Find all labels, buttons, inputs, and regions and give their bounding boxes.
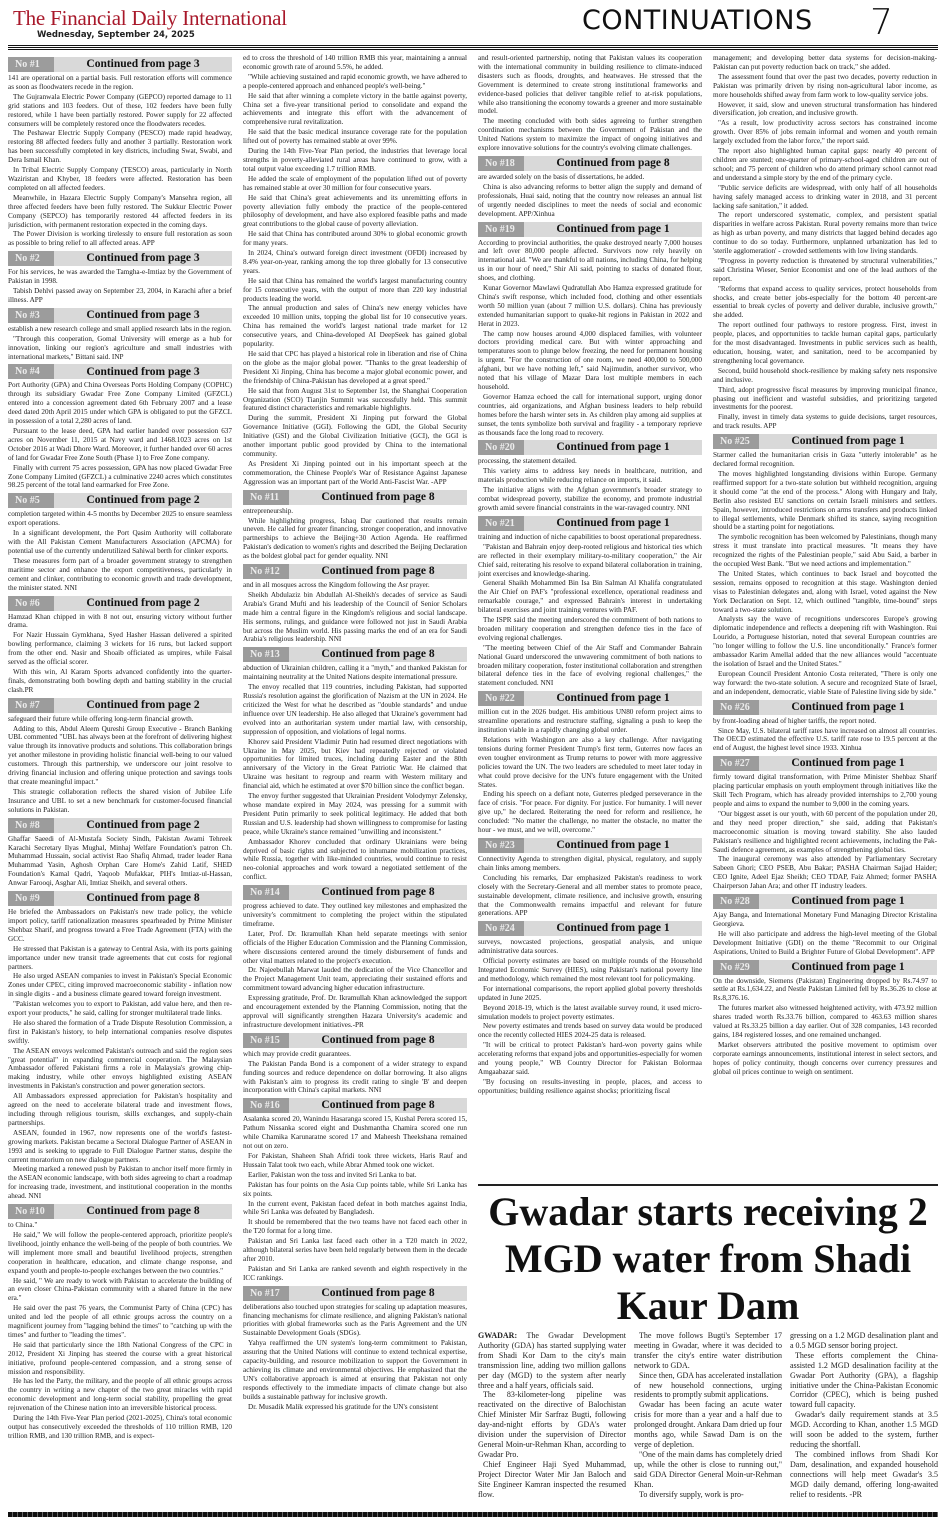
article-paragraph: completion targeted within 4-5 months by…: [8, 510, 232, 528]
feature-headline: Gwadar starts receiving 2 MGD water from…: [478, 1188, 938, 1329]
continued-from-label: Continued from page 1: [759, 703, 937, 712]
article-paragraph: He said," We will follow the people-cent…: [8, 1231, 232, 1276]
continuation-header: No #27Continued from page 1: [713, 756, 937, 771]
article-paragraph: The meeting concluded with both sides ag…: [478, 117, 702, 153]
continuation-number: No #24: [478, 921, 524, 936]
continued-from-label: Continued from page 1: [524, 841, 702, 850]
continuation-number: No #17: [243, 1286, 289, 1301]
article-paragraph: by front-loading ahead of higher tariffs…: [713, 717, 937, 726]
continued-from-label: Continued from page 8: [289, 567, 467, 576]
article-paragraph: ASEAN, founded in 1967, now represents o…: [8, 1129, 232, 1165]
continuation-number: No #8: [8, 818, 54, 833]
article-paragraph: While highlighting progress, Ishaq Dar c…: [243, 517, 467, 562]
feature-rule: [478, 1184, 938, 1186]
article-paragraph: He also urged ASEAN companies to invest …: [8, 972, 232, 999]
article-paragraph: The futures market also witnessed height…: [713, 1004, 937, 1040]
continuation-header: No #22Continued from page 1: [478, 691, 702, 706]
article-paragraph: Starmer called the humanitarian crisis i…: [713, 451, 937, 469]
article-paragraph: During the 14th Five-Year Plan period, t…: [243, 147, 467, 174]
article-paragraph: He said that China has contributed aroun…: [243, 230, 467, 248]
continuation-number: No #1: [8, 57, 54, 72]
article-paragraph: "Reforms that expand access to quality s…: [713, 285, 937, 321]
article-paragraph: It should be remembered that the two tea…: [243, 1218, 467, 1236]
article-paragraph: firmly toward digital transformation, wi…: [713, 773, 937, 809]
continuation-header: No #11Continued from page 8: [243, 490, 467, 505]
article-paragraph: ed to cross the threshold of 140 trillio…: [243, 54, 467, 72]
article-paragraph: Ending his speech on a defiant note, Gut…: [478, 790, 702, 835]
article-paragraph: He added the scale of employment of the …: [243, 175, 467, 193]
continuation-number: No #11: [243, 490, 289, 505]
continued-from-label: Continued from page 8: [289, 1036, 467, 1045]
article-paragraph: Finally with current 75 acres possession…: [8, 464, 232, 491]
continuation-header: No #21Continued from page 1: [478, 516, 702, 531]
article-paragraph: Concluding his remarks, Dar emphasized P…: [478, 874, 702, 919]
continuation-header: No #23Continued from page 1: [478, 838, 702, 853]
article-paragraph: These measures form part of a broader go…: [8, 557, 232, 593]
article-paragraph: In the current event, Pakistan faced def…: [243, 1200, 467, 1218]
article-paragraph: and result-oriented partnership, noting …: [478, 54, 702, 116]
paper-name: The Financial Daily International: [13, 6, 287, 31]
continuation-number: No #28: [713, 894, 759, 909]
continued-from-label: Continued from page 8: [289, 888, 467, 897]
article-paragraph: surveys, nowcasted projections, geospati…: [478, 938, 702, 956]
continuation-number: No #26: [713, 700, 759, 715]
article-paragraph: Pakistan has four points on the Asia Cup…: [243, 1181, 467, 1199]
article-paragraph: Pakistan and Sri Lanka are ranked sevent…: [243, 1265, 467, 1283]
continuation-header: No #4Continued from page 3: [8, 364, 232, 379]
article-paragraph: Port Authority (GPA) and China Overseas …: [8, 381, 232, 426]
article-paragraph: The inaugural ceremony was also attended…: [713, 855, 937, 891]
article-paragraph: Adding to this, Abdul Aleem Qureshi Grou…: [8, 725, 232, 787]
continued-from-label: Continued from page 3: [54, 254, 232, 263]
continuation-number: No #21: [478, 516, 524, 531]
article-paragraph: processing, the statement detailed.: [478, 457, 702, 466]
continued-from-label: Continued from page 2: [54, 599, 232, 608]
article-paragraph: Asalanka scored 20, Wanindu Hasaranga sc…: [243, 1115, 467, 1151]
article-paragraph: "Through this cooperation, Gomal Univers…: [8, 335, 232, 362]
continuation-number: No #19: [478, 222, 524, 237]
continuation-number: No #27: [713, 756, 759, 771]
article-paragraph: "Progress in poverty reduction is threat…: [713, 257, 937, 284]
article-paragraph: Governor Hamza echoed the call for inter…: [478, 393, 702, 438]
article-paragraph: He said that after winning a complete vi…: [243, 92, 467, 128]
article-paragraph: Analysts say the wave of recognitions un…: [713, 615, 937, 668]
continuation-header: No #7Continued from page 2: [8, 698, 232, 713]
article-paragraph: He said that the basic medical insurance…: [243, 128, 467, 146]
continuation-number: No #5: [8, 493, 54, 508]
continued-from-label: Continued from page 1: [524, 519, 702, 528]
article-paragraph: Pakistan and Sri Lanka last faced each o…: [243, 1237, 467, 1264]
column-1: No #1Continued from page 3141 are operat…: [8, 54, 232, 1509]
continuation-number: No #13: [243, 647, 289, 662]
article-paragraph: The camp now houses around 4,000 displac…: [478, 330, 702, 392]
continued-from-label: Continued from page 1: [759, 759, 937, 768]
article-paragraph: Meanwhile, in Hazara Electric Supply Com…: [8, 194, 232, 230]
article-paragraph: million cut in the 2026 budget. His ambi…: [478, 708, 702, 735]
article-paragraph: The Power Division is working tirelessly…: [8, 230, 232, 248]
continuation-header: No #2Continued from page 3: [8, 251, 232, 266]
continuation-header: No #28Continued from page 1: [713, 894, 937, 909]
article-paragraph: He said that particularly since the 18th…: [8, 1341, 232, 1377]
column-4: management; and developing better data s…: [713, 54, 937, 1166]
article-paragraph: Khorev said President Vladimir Putin had…: [243, 738, 467, 791]
continuation-number: No #29: [713, 960, 759, 975]
article-paragraph: He said, " We are ready to work with Pak…: [8, 1277, 232, 1304]
feature-paragraph: The move follows Bugti's September 17 me…: [634, 1331, 782, 1371]
continued-from-label: Continued from page 1: [524, 443, 702, 452]
article-paragraph: The annual production and sales of China…: [243, 304, 467, 349]
article-paragraph: He also shared the formation of a Trade …: [8, 1019, 232, 1046]
feature-paragraph: These efforts complement the China-assis…: [790, 1351, 938, 1410]
article-paragraph: He said that China's great achievements …: [243, 194, 467, 230]
article-paragraph: This strategic collaboration reflects th…: [8, 788, 232, 815]
continued-from-label: Continued from page 8: [54, 894, 232, 903]
article-paragraph: He said that from August 31st to Septemb…: [243, 387, 467, 414]
article-paragraph: "While achieving sustained and rapid eco…: [243, 73, 467, 91]
continuation-number: No #16: [243, 1098, 289, 1113]
article-paragraph: "As a result, low productivity across se…: [713, 119, 937, 146]
continuation-number: No #2: [8, 251, 54, 266]
article-paragraph: He said over the past 76 years, the Comm…: [8, 1304, 232, 1340]
article-paragraph: For his services, he was awarded the Tam…: [8, 268, 232, 286]
feature-paragraph: To diversify supply, work is pro-: [634, 1490, 782, 1500]
article-paragraph: Relations with Washington are also a key…: [478, 736, 702, 789]
continuation-header: No #9Continued from page 8: [8, 891, 232, 906]
article-paragraph: "By focusing on results-investing in peo…: [478, 1078, 702, 1096]
continuation-header: No #10Continued from page 8: [8, 1204, 232, 1219]
continuation-number: No #9: [8, 891, 54, 906]
article-paragraph: In 2024, China's outward foreign direct …: [243, 249, 467, 276]
publication-date: Wednesday, September 24, 2025: [37, 30, 195, 40]
article-paragraph: Connectivity Agenda to strengthen digita…: [478, 855, 702, 873]
article-paragraph: He briefed the Ambassadors on Pakistan's…: [8, 908, 232, 944]
continuation-number: No #12: [243, 564, 289, 579]
feature-paragraph: Since then, GDA has accelerated installa…: [634, 1371, 782, 1401]
continuation-header: No #20Continued from page 1: [478, 440, 702, 455]
article-paragraph: He said that China has remained the worl…: [243, 277, 467, 304]
feature-paragraph: Gwadar's daily requirement stands at 3.5…: [790, 1410, 938, 1450]
continued-from-label: Continued from page 8: [289, 1101, 467, 1110]
continuation-header: No #17Continued from page 8: [243, 1286, 467, 1301]
article-paragraph: He will also participate and address the…: [713, 930, 937, 957]
article-paragraph: Dr. Najeebullah Marwat lauded the dedica…: [243, 966, 467, 993]
article-paragraph: Ambassador Khorev concluded that ordinar…: [243, 838, 467, 883]
feature-paragraph: "One of the main dams has completely dri…: [634, 1450, 782, 1490]
article-paragraph: In a significant development, the Port Q…: [8, 529, 232, 556]
continued-from-label: Continued from page 1: [759, 963, 937, 972]
continuation-number: No #18: [478, 156, 524, 171]
continued-from-label: Continued from page 8: [289, 650, 467, 659]
article-paragraph: He said that CPC has played a historical…: [243, 350, 467, 386]
masthead: The Financial Daily International Wednes…: [0, 0, 945, 44]
feature-column-2: The move follows Bugti's September 17 me…: [634, 1331, 782, 1511]
bottom-rule: [8, 1512, 938, 1517]
continuation-number: No #6: [8, 596, 54, 611]
article-paragraph: Kunar Governor Mawlawi Qudratullah Abo H…: [478, 284, 702, 329]
article-paragraph: entrepreneurship.: [243, 507, 467, 516]
article-paragraph: "Public service deficits are widespread,…: [713, 184, 937, 211]
article-paragraph: As President Xi Jinping pointed out in h…: [243, 460, 467, 487]
continuation-number: No #23: [478, 838, 524, 853]
article-paragraph: The ISPR said the meeting underscored th…: [478, 616, 702, 643]
article-paragraph: General Shaikh Mohammed Bin Isa Bin Salm…: [478, 579, 702, 615]
article-paragraph: The initiative aligns with the Afghan go…: [478, 486, 702, 513]
continued-from-label: Continued from page 3: [54, 368, 232, 377]
article-paragraph: abduction of Ukrainian children, calling…: [243, 664, 467, 682]
article-paragraph: The assessment found that over the past …: [713, 73, 937, 100]
article-paragraph: New poverty estimates and trends based o…: [478, 1022, 702, 1040]
article-paragraph: to China.": [8, 1221, 232, 1230]
article-paragraph: China is also advancing reforms to bette…: [478, 183, 702, 219]
article-paragraph: During the 14th Five-Year Plan period (2…: [8, 1414, 232, 1441]
article-paragraph: For Pakistan, Shaheen Shah Afridi took t…: [243, 1152, 467, 1170]
dateline: GWADAR:: [478, 1331, 526, 1340]
article-paragraph: Ajay Banga, and International Monetary F…: [713, 911, 937, 929]
article-paragraph: The moves highlighted longstanding divis…: [713, 470, 937, 532]
article-paragraph: However, it said, slow and uneven struct…: [713, 101, 937, 119]
article-paragraph: Third, adopt progressive fiscal measures…: [713, 386, 937, 413]
continued-from-label: Continued from page 8: [524, 159, 702, 168]
continuation-number: No #14: [243, 885, 289, 900]
continued-from-label: Continued from page 1: [759, 897, 937, 906]
column-3: and result-oriented partnership, noting …: [478, 54, 702, 1166]
feature-paragraph: Chief Engineer Haji Syed Muhammad, Proje…: [478, 1460, 626, 1500]
continued-from-label: Continued from page 1: [524, 694, 702, 703]
continued-from-label: Continued from page 3: [54, 60, 232, 69]
continuation-header: No #8Continued from page 2: [8, 818, 232, 833]
article-paragraph: Meeting marked a renewed push by Pakista…: [8, 1165, 232, 1201]
article-paragraph: Finally, invest in timely data systems t…: [713, 413, 937, 431]
article-paragraph: For international comparisons, the repor…: [478, 985, 702, 1003]
continuation-number: No #25: [713, 434, 759, 449]
article-paragraph: He has led the Party, the military, and …: [8, 1377, 232, 1413]
continued-from-label: Continued from page 1: [759, 437, 937, 446]
article-paragraph: Official poverty estimates are based on …: [478, 957, 702, 984]
feature-paragraph: The combined inflows from Shadi Kor Dam,…: [790, 1450, 938, 1500]
continuation-number: No #10: [8, 1204, 54, 1219]
continuation-header: No #16Continued from page 8: [243, 1098, 467, 1113]
article-paragraph: training and induction of niche capabili…: [478, 533, 702, 542]
continuation-header: No #14Continued from page 8: [243, 885, 467, 900]
continuation-number: No #20: [478, 440, 524, 455]
article-paragraph: In Tribal Electric Supply Company (TESCO…: [8, 166, 232, 193]
article-paragraph: which may provide credit guarantees.: [243, 1050, 467, 1059]
article-paragraph: Tabish Dehlvi passed away on September 2…: [8, 287, 232, 305]
article-paragraph: The United States, which continues to ba…: [713, 570, 937, 615]
feature-paragraph: GWADAR: The Gwadar Development Authority…: [478, 1331, 626, 1390]
continuation-header: No #12Continued from page 8: [243, 564, 467, 579]
feature-paragraph: gressing on a 1.2 MGD desalination plant…: [790, 1331, 938, 1351]
continuation-header: No #24Continued from page 1: [478, 921, 702, 936]
article-paragraph: "Pakistan and Bahrain enjoy deep-rooted …: [478, 543, 702, 579]
article-paragraph: The envoy further suggested that Ukraini…: [243, 792, 467, 837]
article-paragraph: establish a new research college and sma…: [8, 325, 232, 334]
continuation-header: No #25Continued from page 1: [713, 434, 937, 449]
article-paragraph: Since May, U.S. bilateral tariff rates h…: [713, 727, 937, 754]
continued-from-label: Continued from page 1: [524, 924, 702, 933]
article-paragraph: The report underscored systematic, compl…: [713, 211, 937, 256]
article-paragraph: Ghaffar Saeedi of Al-Mustafa Society Sin…: [8, 835, 232, 888]
article-paragraph: progress achieved to date. They outlined…: [243, 902, 467, 929]
article-paragraph: management; and developing better data s…: [713, 54, 937, 72]
continuation-number: No #7: [8, 698, 54, 713]
article-paragraph: This variety aims to address key needs i…: [478, 467, 702, 485]
article-paragraph: "Pakistan welcomes you to export to Paki…: [8, 1000, 232, 1018]
article-paragraph: Sheikh Abdulaziz bin Abdullah Al-Sheikh'…: [243, 591, 467, 644]
feature-paragraph: Gwadar has been facing an acute water cr…: [634, 1400, 782, 1450]
continuation-number: No #4: [8, 364, 54, 379]
continuation-number: No #3: [8, 308, 54, 323]
article-paragraph: The envoy recalled that 119 countries, i…: [243, 683, 467, 736]
article-paragraph: With this win, Al Karam Sports advanced …: [8, 668, 232, 695]
continuation-header: No #5Continued from page 2: [8, 493, 232, 508]
article-paragraph: Hamzad Khan chipped in with 8 not out, e…: [8, 613, 232, 631]
continuation-header: No #13Continued from page 8: [243, 647, 467, 662]
article-paragraph: "It will be critical to protect Pakistan…: [478, 1041, 702, 1077]
continued-from-label: Continued from page 8: [289, 493, 467, 502]
continued-from-label: Continued from page 1: [524, 225, 702, 234]
article-paragraph: Earlier, Pakistan won the toss and invit…: [243, 1171, 467, 1180]
article-paragraph: Dr. Musadik Malik expressed his gratitud…: [243, 1403, 467, 1412]
feature-column-3: gressing on a 1.2 MGD desalination plant…: [790, 1331, 938, 1511]
article-paragraph: The Pakistan Panda Bond is a component o…: [243, 1060, 467, 1096]
article-paragraph: The Peshawar Electric Supply Company (PE…: [8, 129, 232, 165]
continuation-header: No #1Continued from page 3: [8, 57, 232, 72]
article-paragraph: The Gujranwala Electric Power Company (G…: [8, 93, 232, 129]
article-paragraph: Yahya reaffirmed the UN system's long-te…: [243, 1339, 467, 1401]
continuation-header: No #3Continued from page 3: [8, 308, 232, 323]
continuation-number: No #15: [243, 1033, 289, 1048]
article-paragraph: The ASEAN envoys welcomed Pakistan's out…: [8, 1047, 232, 1092]
article-paragraph: European Council President Antonio Costa…: [713, 670, 937, 697]
section-title: CONTINUATIONS: [582, 5, 813, 36]
article-paragraph: "The meeting between Chief of the Air St…: [478, 644, 702, 689]
article-paragraph: All Ambassadors expressed appreciation f…: [8, 1092, 232, 1128]
article-paragraph: During the summit, President Xi Jinping …: [243, 414, 467, 459]
feature-paragraph: The 83-kilometer-long pipeline was react…: [478, 1390, 626, 1459]
continued-from-label: Continued from page 8: [54, 1207, 232, 1216]
article-paragraph: 141 are operational on a partial basis. …: [8, 74, 232, 92]
feature-column-1: GWADAR: The Gwadar Development Authority…: [478, 1331, 626, 1511]
article-paragraph: Pursuant to the lease deed, GPA had earl…: [8, 427, 232, 463]
continuation-header: No #15Continued from page 8: [243, 1033, 467, 1048]
continuation-header: No #18Continued from page 8: [478, 156, 702, 171]
article-paragraph: Market observers attributed the positive…: [713, 1041, 937, 1077]
continued-from-label: Continued from page 2: [54, 496, 232, 505]
continued-from-label: Continued from page 3: [54, 311, 232, 320]
article-paragraph: The symbolic recognition has been welcom…: [713, 533, 937, 569]
article-paragraph: safeguard their future while offering lo…: [8, 715, 232, 724]
article-paragraph: The report also highlighted human capita…: [713, 147, 937, 183]
continuation-header: No #19Continued from page 1: [478, 222, 702, 237]
article-paragraph: For Nazir Hussain Gymkhana, Syed Hasher …: [8, 631, 232, 667]
continuation-header: No #26Continued from page 1: [713, 700, 937, 715]
continuation-header: No #6Continued from page 2: [8, 596, 232, 611]
continuation-header: No #29Continued from page 1: [713, 960, 937, 975]
article-paragraph: Later, Prof. Dr. Ikramullah Khan held se…: [243, 930, 467, 966]
continued-from-label: Continued from page 8: [289, 1289, 467, 1298]
column-2: ed to cross the threshold of 140 trillio…: [243, 54, 467, 1509]
article-paragraph: deliberations also touched upon strategi…: [243, 1303, 467, 1339]
article-paragraph: He stressed that Pakistan is a gateway t…: [8, 945, 232, 972]
article-paragraph: The report outlined four pathways to res…: [713, 321, 937, 366]
article-paragraph: are awarded solely on the basis of disse…: [478, 173, 702, 182]
article-paragraph: and in all mosques across the Kingdom fo…: [243, 581, 467, 590]
article-paragraph: "Our biggest asset is our youth, with 60…: [713, 810, 937, 855]
continued-from-label: Continued from page 2: [54, 821, 232, 830]
article-paragraph: Second, build household shock-resilience…: [713, 367, 937, 385]
article-paragraph: According to provincial authorities, the…: [478, 239, 702, 284]
continuation-number: No #22: [478, 691, 524, 706]
page-number: 7: [870, 2, 893, 43]
masthead-rule: [8, 45, 938, 51]
article-paragraph: Beyond 2018-19, which is the latest avai…: [478, 1004, 702, 1022]
article-paragraph: Expressing gratitude, Prof. Dr. Ikramull…: [243, 994, 467, 1030]
continued-from-label: Continued from page 2: [54, 701, 232, 710]
article-paragraph: On the downside, Siemens (Pakistan) Engi…: [713, 977, 937, 1004]
